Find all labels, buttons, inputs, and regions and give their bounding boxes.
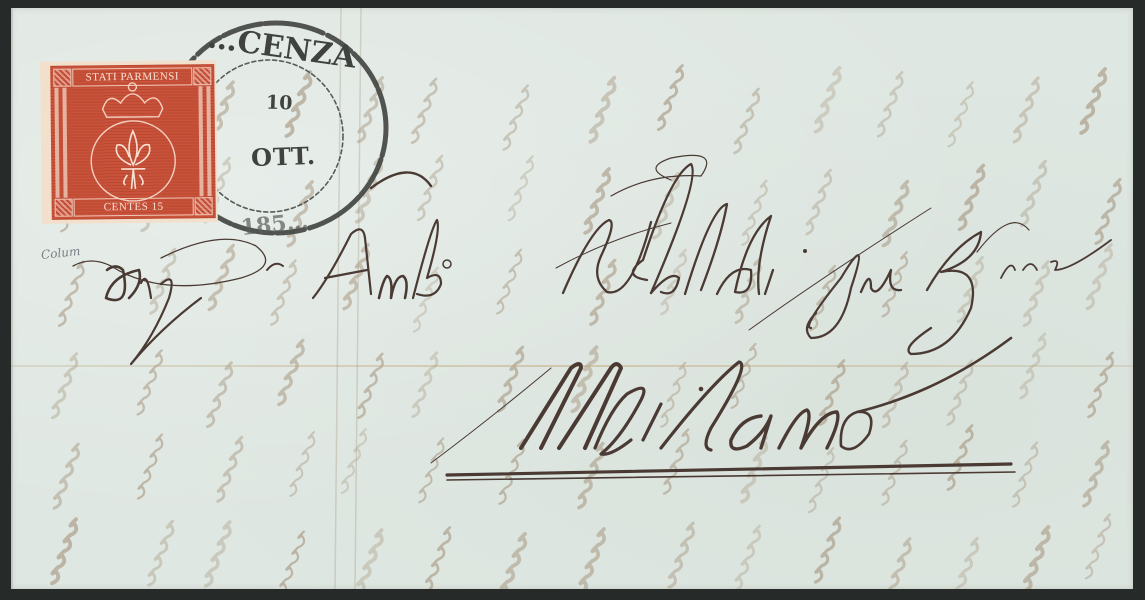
scanned-cover: …CENZA 185… 10 OTT. STATI PARMENSI xyxy=(0,0,1145,600)
letter-sheet: …CENZA 185… 10 OTT. STATI PARMENSI xyxy=(11,8,1133,589)
